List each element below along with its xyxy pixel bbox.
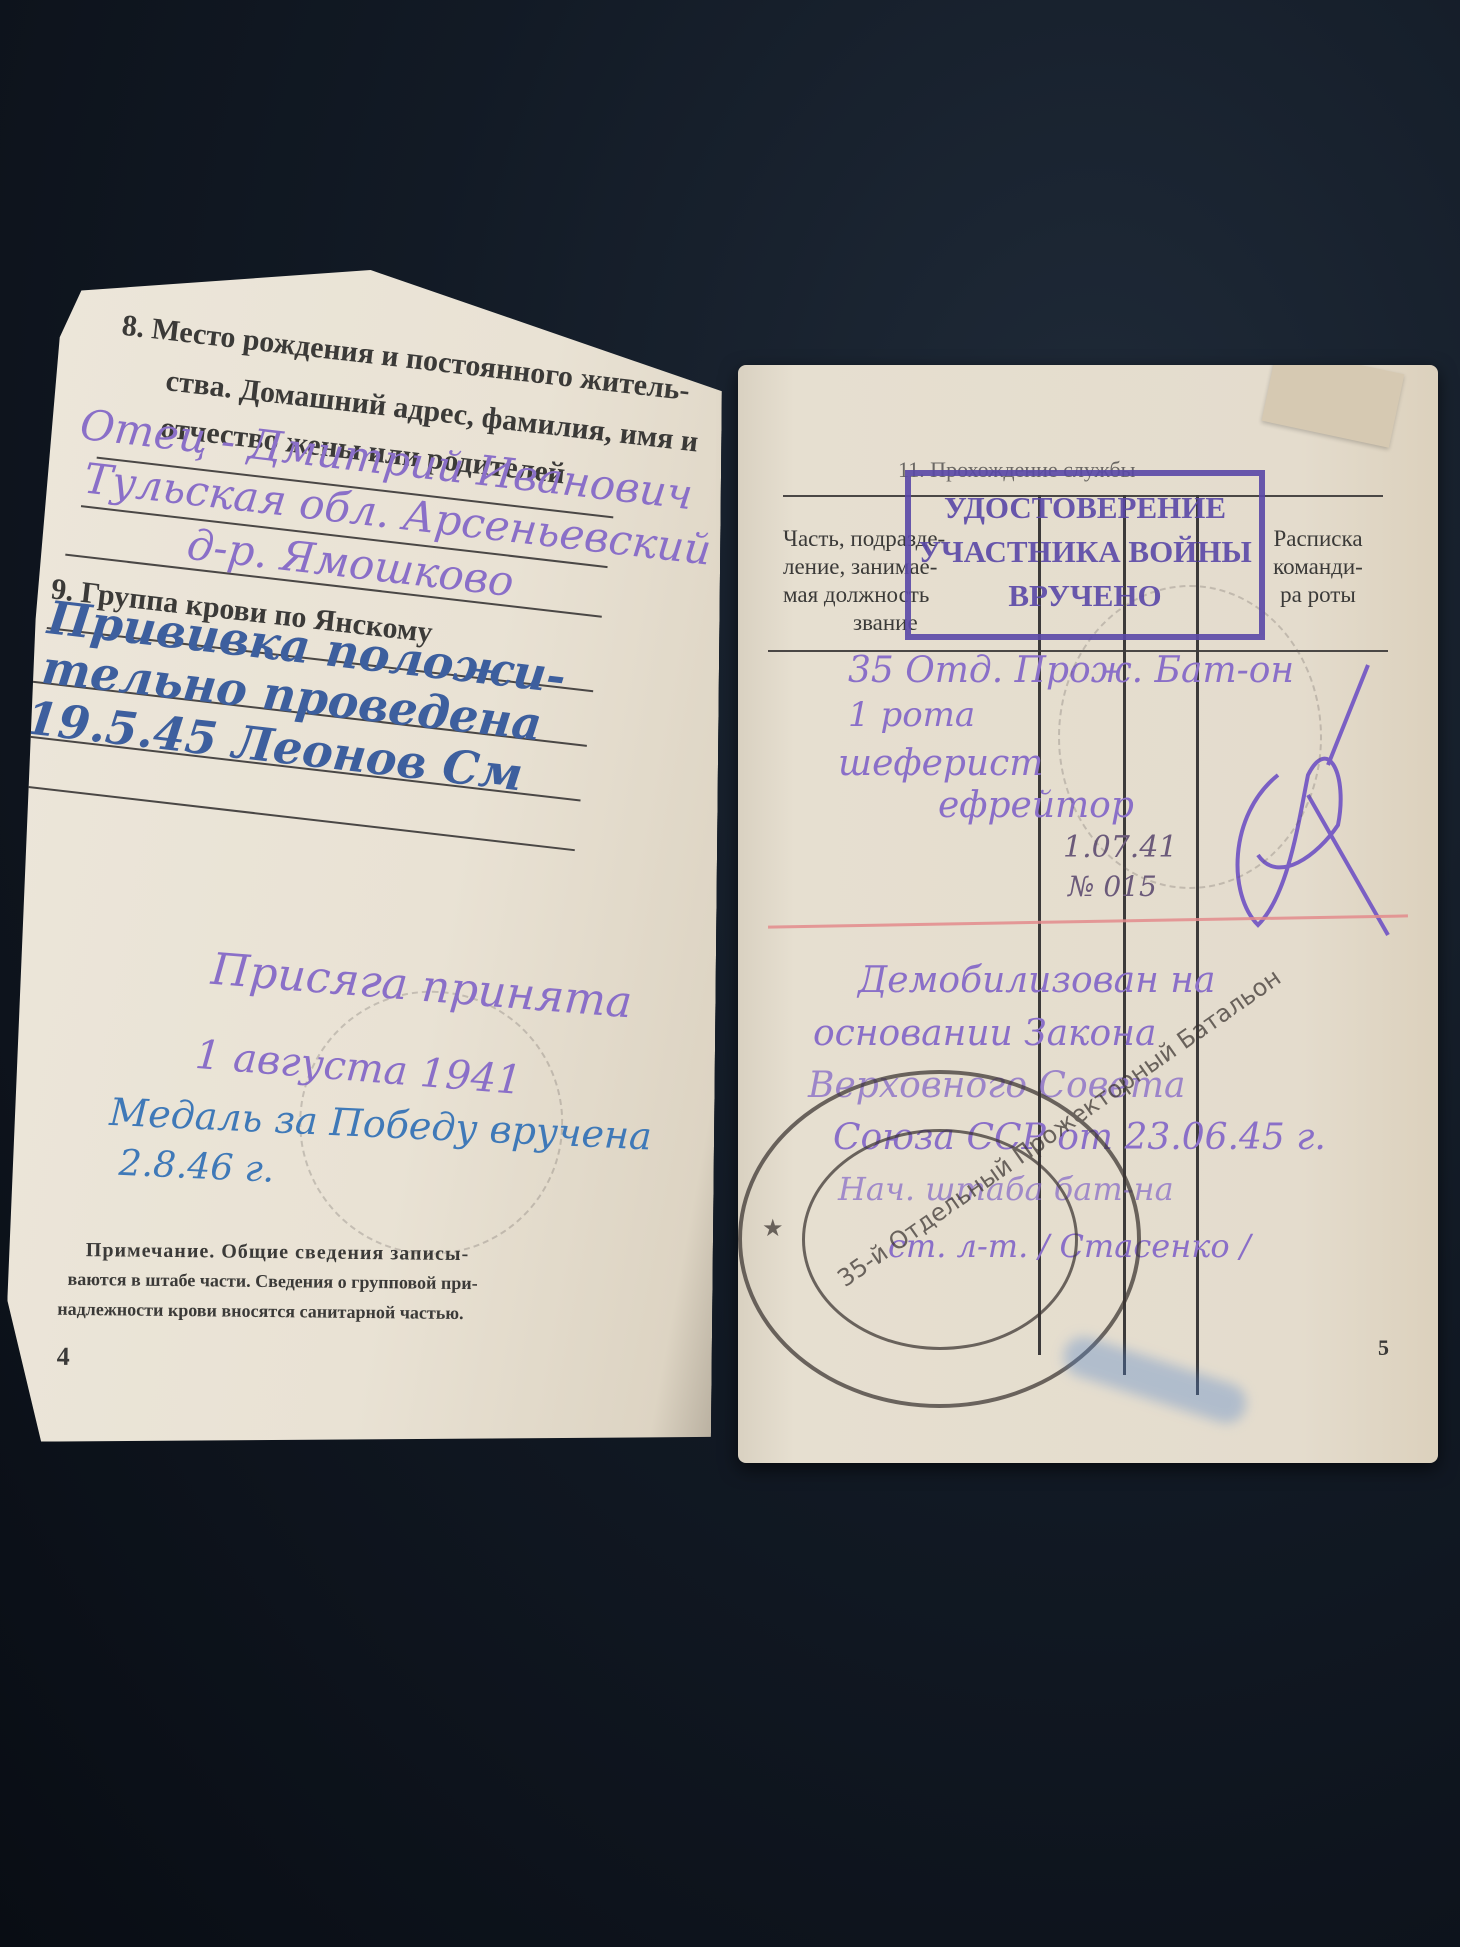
demob-line-2: основании Закона: [813, 1013, 1156, 1054]
page-number-right: 5: [1378, 1335, 1389, 1361]
header-line: команди-: [1263, 553, 1373, 581]
service-entry-company: 1 рота: [848, 695, 975, 735]
star-icon: ★: [762, 1214, 784, 1243]
torn-corner: [1262, 365, 1405, 448]
coat-of-arms-emblem-icon: [802, 1129, 1078, 1350]
handwritten-medal-date: 2.8.46 г.: [118, 1143, 275, 1191]
photo-scene: 8. Место рождения и постоянного житель- …: [0, 0, 1460, 1947]
footnote-line-2: ваются в штабе части. Сведения о группов…: [67, 1269, 477, 1294]
header-line: Расписка: [1263, 525, 1373, 553]
footnote-line-1: Примечание. Общие сведения записы-: [86, 1239, 470, 1266]
left-page: 8. Место рождения и постоянного житель- …: [6, 266, 723, 1448]
header-line: ра роты: [1263, 581, 1373, 609]
stamp-line: ВРУЧЕНО: [911, 574, 1259, 618]
demob-line-1: Демобилизован на: [858, 960, 1215, 1001]
stamp-line: УДОСТОВЕРЕНИЕ: [911, 486, 1259, 530]
stamp-line: УЧАСТНИКА ВОЙНЫ: [911, 530, 1259, 574]
page-number-left: 4: [57, 1342, 70, 1372]
service-entry-role: шеферист: [838, 743, 1043, 784]
table-header-col-4: Расписка команди- ра роты: [1263, 525, 1373, 609]
footnote-line-3: надлежности крови вносятся санитарной ча…: [57, 1299, 464, 1324]
war-participant-stamp: УДОСТОВЕРЕНИЕ УЧАСТНИКА ВОЙНЫ ВРУЧЕНО: [905, 470, 1265, 640]
